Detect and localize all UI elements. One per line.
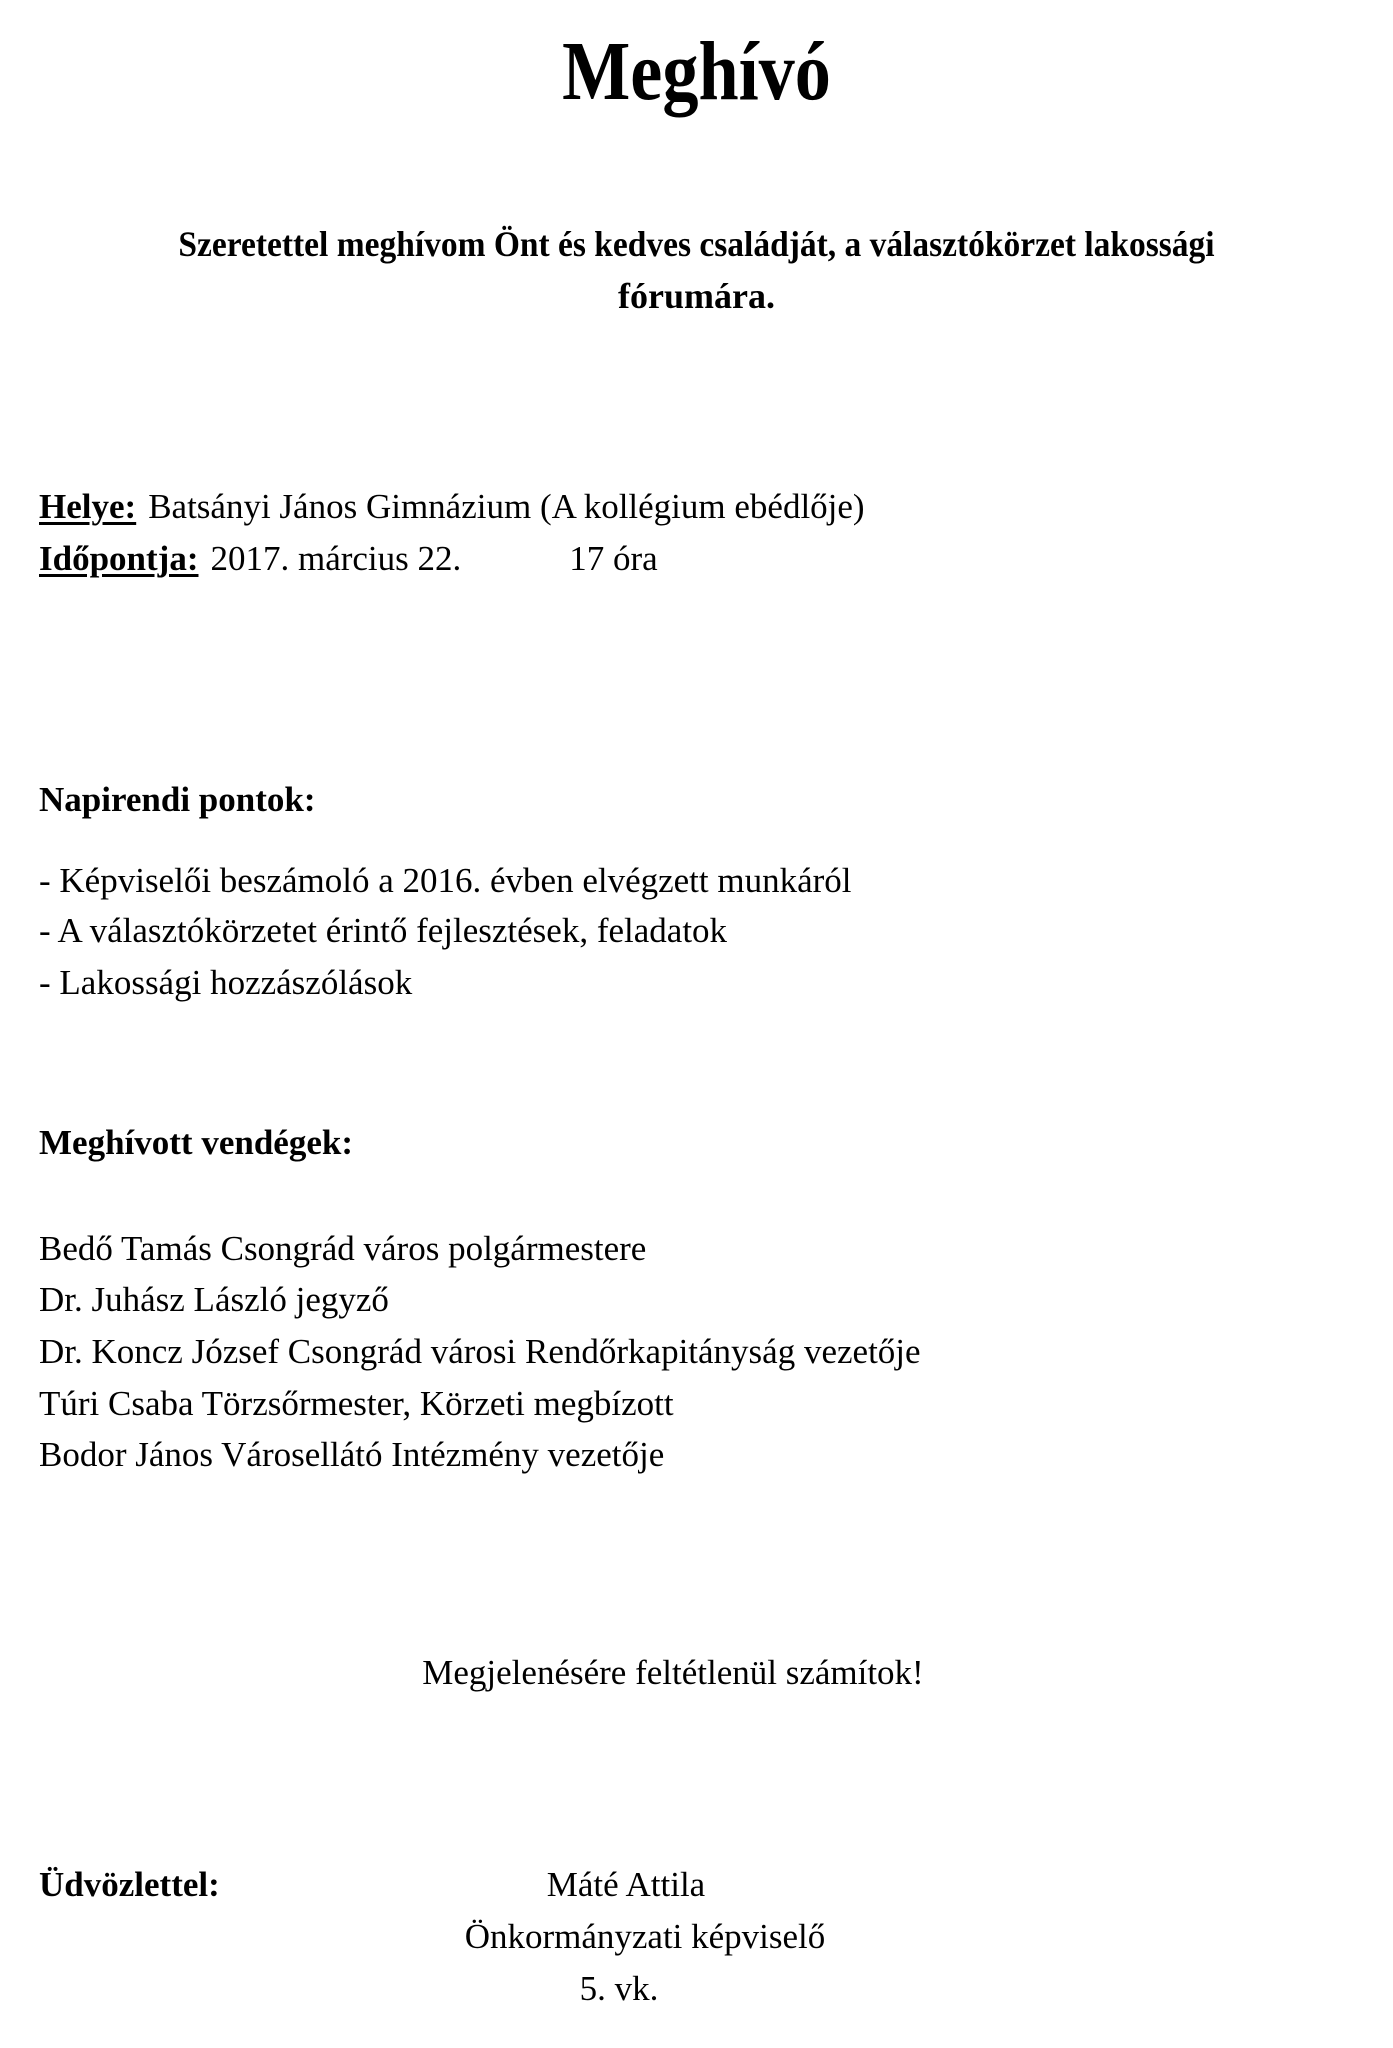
time-value: 17 óra: [569, 539, 657, 578]
time-row: Időpontja:2017. március 22.17 óra: [39, 534, 658, 584]
signer-name: Máté Attila: [326, 1860, 926, 1910]
signer-district: 5. vk.: [319, 1964, 919, 2014]
date-value: 2017. március 22.: [210, 539, 461, 578]
guest-item: Túri Csaba Törzsőrmester, Körzeti megbíz…: [39, 1379, 674, 1429]
guest-item: Bodor János Városellátó Intézmény vezető…: [39, 1430, 664, 1480]
agenda-item: - Képviselői beszámoló a 2016. évben elv…: [39, 856, 852, 906]
guest-item: Dr. Koncz József Csongrád városi Rendőrk…: [39, 1327, 921, 1377]
document-title: Meghívó: [98, 22, 1296, 122]
agenda-item: - Lakossági hozzászólások: [39, 958, 412, 1008]
intro-line-2: fórumára.: [0, 270, 1393, 322]
intro-line-1: Szeretettel meghívom Önt és kedves csalá…: [49, 218, 1344, 270]
location-label: Helye:: [39, 487, 136, 526]
signer-role: Önkormányzati képviselő: [345, 1912, 945, 1962]
guest-item: Dr. Juhász László jegyző: [39, 1275, 389, 1325]
agenda-heading: Napirendi pontok:: [39, 775, 316, 825]
location-value: Batsányi János Gimnázium (A kollégium eb…: [148, 487, 864, 526]
guest-item: Bedő Tamás Csongrád város polgármestere: [39, 1224, 646, 1274]
closing-line: Megjelenésére feltétlenül számítok!: [0, 1648, 1346, 1698]
guests-heading: Meghívott vendégek:: [39, 1118, 353, 1168]
time-label: Időpontja:: [39, 539, 198, 578]
agenda-item: - A választókörzetet érintő fejlesztések…: [39, 906, 727, 956]
location-row: Helye:Batsányi János Gimnázium (A kollég…: [39, 482, 865, 532]
greeting: Üdvözlettel:: [39, 1860, 220, 1910]
